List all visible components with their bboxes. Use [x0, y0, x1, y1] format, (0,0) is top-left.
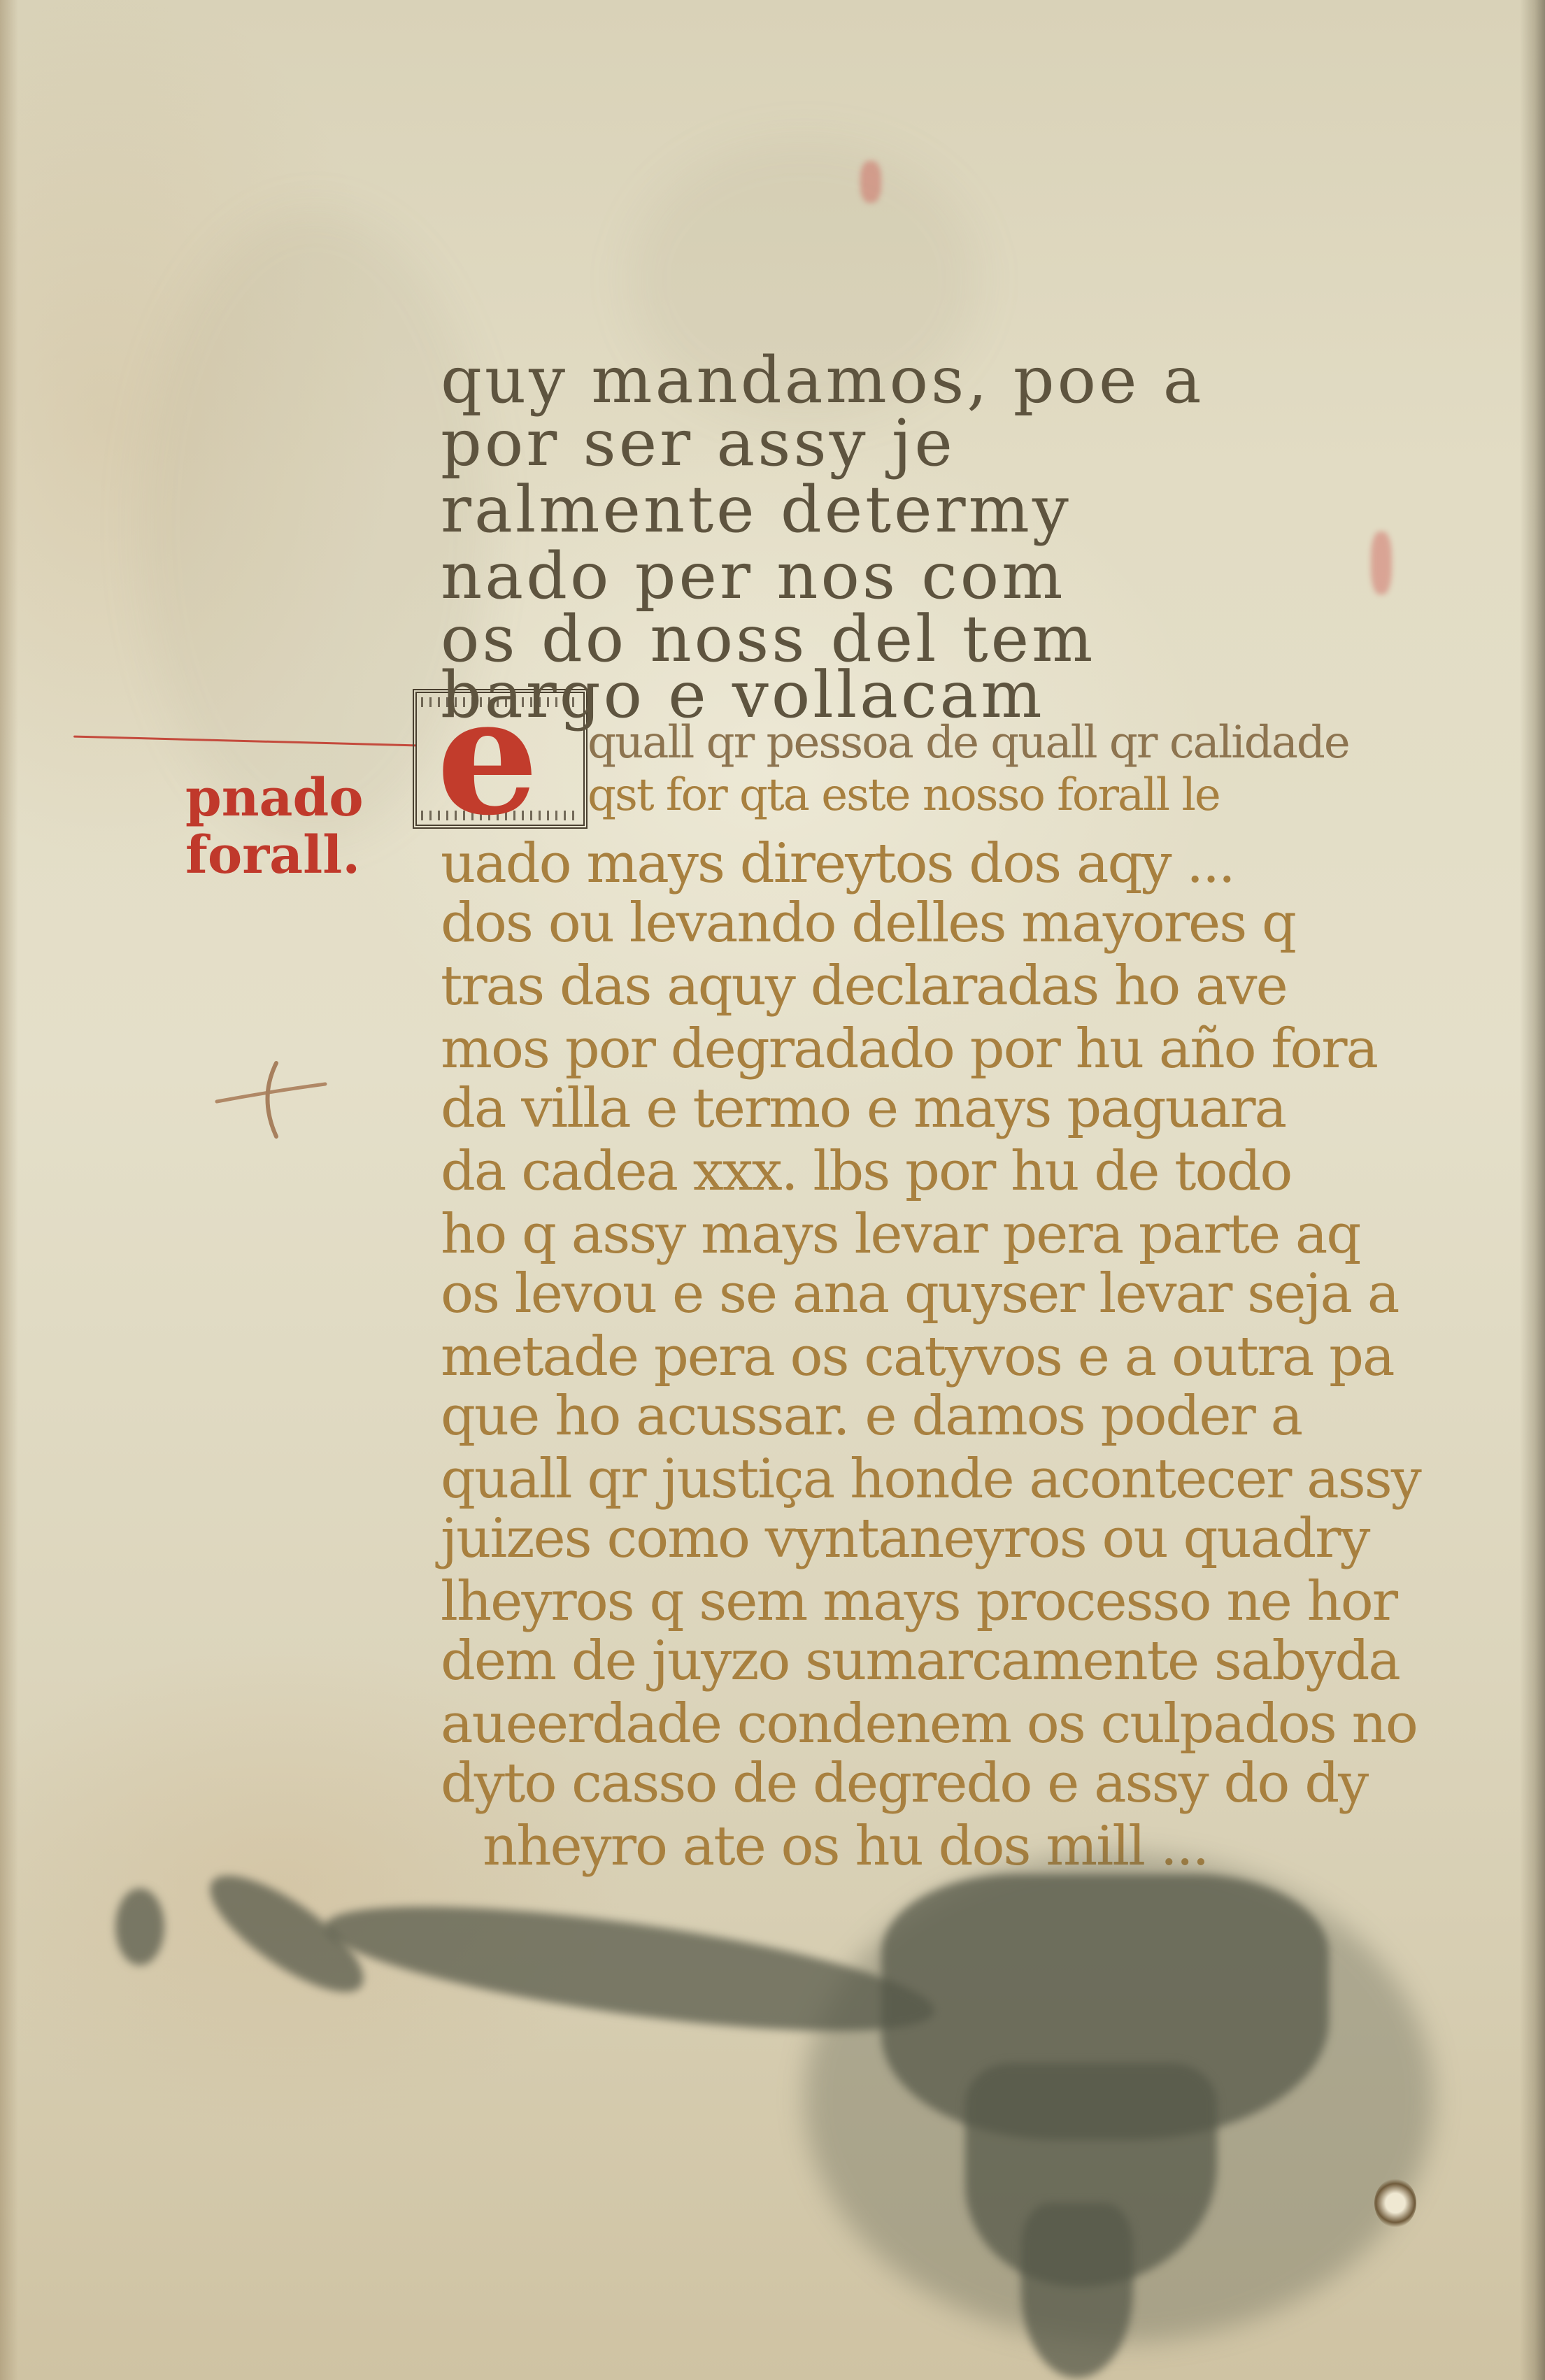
text-line: quall qr pessoa de quall qr calidade: [588, 717, 1349, 769]
text-line: juizes como vyntaneyros ou quadry: [441, 1507, 1369, 1570]
water-stain-tip: [115, 1888, 164, 1965]
text-line: da villa e termo e mays paguara: [441, 1077, 1286, 1140]
text-line: dos ou levando delles mayores q: [441, 892, 1295, 955]
text-line: por ser assy je: [441, 406, 955, 480]
text-line: dem de juyzo sumarcamente sabyda: [441, 1630, 1400, 1693]
text-line: ho q assy mays levar pera parte aq: [441, 1203, 1360, 1266]
text-line: qst for qta este nosso forall le: [588, 769, 1220, 821]
text-line: uado mays direytos dos aqy ...: [441, 832, 1234, 895]
water-stain-trail: [318, 1881, 941, 2056]
text-line: mos por degradado por hu año fora: [441, 1018, 1377, 1081]
cross-mark-icon: [210, 1049, 329, 1140]
manuscript-folio: pnado forall. e quy mandamos, poe a por …: [0, 0, 1545, 2380]
text-line: da cadea xxx. lbs por hu de todo: [441, 1140, 1291, 1203]
text-line: metade pera os catyvos e a outra pa: [441, 1325, 1394, 1388]
faded-red-ink-mark: [860, 161, 881, 203]
faded-red-ink-mark: [1371, 532, 1392, 594]
text-line: tras das aquy declaradas ho ave: [441, 955, 1287, 1018]
page-right-edge: [1520, 0, 1545, 2380]
text-line: lheyros q sem mays processo ne hor: [441, 1570, 1397, 1633]
text-line: ralmente determy: [441, 472, 1071, 547]
text-line: aueerdade condenem os culpados no: [441, 1693, 1417, 1755]
rubric-line-1: pnado: [185, 769, 364, 827]
water-stain: [1021, 2203, 1133, 2378]
text-line: dyto casso de degredo e assy do dy: [441, 1752, 1367, 1815]
parchment-hole: [1374, 2179, 1416, 2228]
rubric-line-2: forall.: [185, 827, 364, 884]
text-line: os levou e se ana quyser levar seja a: [441, 1262, 1398, 1325]
page-left-edge: [0, 0, 18, 2380]
text-line: que ho acussar. e damos poder a: [441, 1385, 1302, 1448]
text-line: quall qr justiça honde acontecer assy: [441, 1448, 1421, 1511]
marginal-rubric: pnado forall.: [185, 769, 364, 884]
